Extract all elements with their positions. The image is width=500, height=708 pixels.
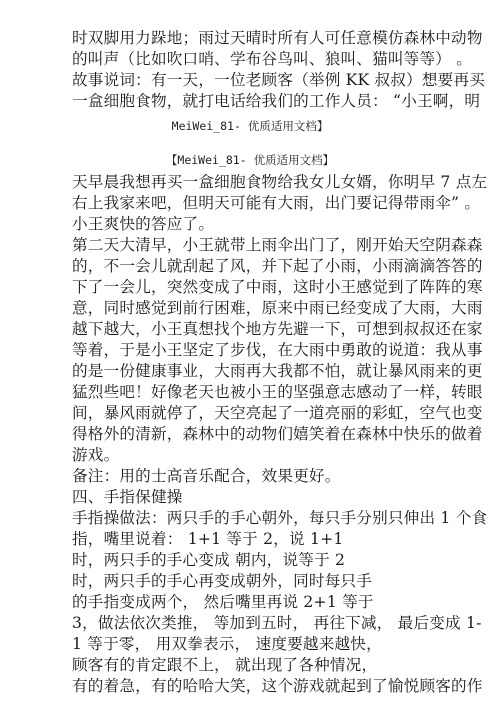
paragraph-line: 的是一份健康事业，大雨再大我都不怕，就让暴风雨来的更 [72,361,483,381]
paragraph-line: 时，两只手的手心再变成朝外，同时每只手 [72,571,372,591]
paragraph-line: 手指操做法：两只手的手心朝外，每只手分别只伸出 1 个食 [72,508,487,528]
paragraph-line: 故事说词：有一天，一位老顾客（举例 KK 叔叔）想要再买 [72,70,485,90]
paragraph-line: 小王爽快的答应了。 [72,214,214,234]
paragraph-line: 等着，于是小王坚定了步伐，在大雨中勇敢的说道：我从事 [72,340,483,360]
paragraph-line: 间，暴风雨就停了，天空亮起了一道亮丽的彩虹，空气也变 [72,403,483,423]
paragraph-line: 顾客有的肯定跟不上， 就出现了各种情况， [72,655,377,675]
paragraph-line: 指，嘴里说着： 1+1 等于 2，说 1+1 [72,529,344,549]
paragraph-line: 得格外的清新，森林中的动物们嬉笑着在森林中快乐的做着 [72,424,483,444]
paragraph-line: 1 等于零， 用双拳表示， 速度要越来越快， [72,634,382,654]
section-heading: 四、手指保健操 [72,487,183,507]
paragraph-line: 有的着急，有的哈哈大笑，这个游戏就起到了愉悦顾客的作 [72,676,483,696]
paragraph-line: 意，同时感觉到前行困难，原来中雨已经变成了大雨，大雨 [72,298,483,318]
paragraph-line: 的手指变成两个， 然后嘴里再说 2+1 等于 [72,592,374,612]
paragraph-line: 第二天大清早，小王就带上雨伞出门了，刚开始天空阴森森 [72,235,483,255]
paragraph-line: 游戏。 [72,445,119,465]
document-page: 时双脚用力跺地；雨过天晴时所有人可任意模仿森林中动物 的叫声（比如吹口哨、学布谷… [0,0,500,708]
paragraph-line: 时，两只手的手心变成 朝内，说等于 2 [72,550,345,570]
watermark-footer: MeiWei_81- 优质适用文档】 [0,118,500,134]
paragraph-line: 猛烈些吧！好像老天也被小王的坚强意志感动了一样，转眼 [72,382,483,402]
watermark-header: 【MeiWei_81- 优质适用文档】 [0,152,500,168]
paragraph-line: 下了一会儿，突然变成了中雨，这时小王感觉到了阵阵的寒 [72,277,483,297]
paragraph-line: 的，不一会儿就刮起了风，并下起了小雨，小雨滴滴答答的 [72,256,483,276]
paragraph-line: 的叫声（比如吹口哨、学布谷鸟叫、狼叫、猫叫等等） 。 [72,49,472,69]
paragraph-line: 越下越大，小王真想找个地方先避一下，可想到叔叔还在家 [72,319,483,339]
paragraph-line: 天早晨我想再买一盒细胞食物给我女儿女婿，你明早 7 点左 [72,172,487,192]
paragraph-line: 3，做法依次类推， 等加到五时， 再往下减， 最后变成 1- [72,613,482,633]
paragraph-line: 右上我家来吧，但明天可能有大雨，出门要记得带雨伞” 。 [72,193,480,213]
paragraph-line: 一盒细胞食物，就打电话给我们的工作人员： “小王啊，明 [72,91,480,111]
paragraph-line: 时双脚用力跺地；雨过天晴时所有人可任意模仿森林中动物 [72,28,483,48]
note-line: 备注：用的士高音乐配合，效果更好。 [72,466,341,486]
